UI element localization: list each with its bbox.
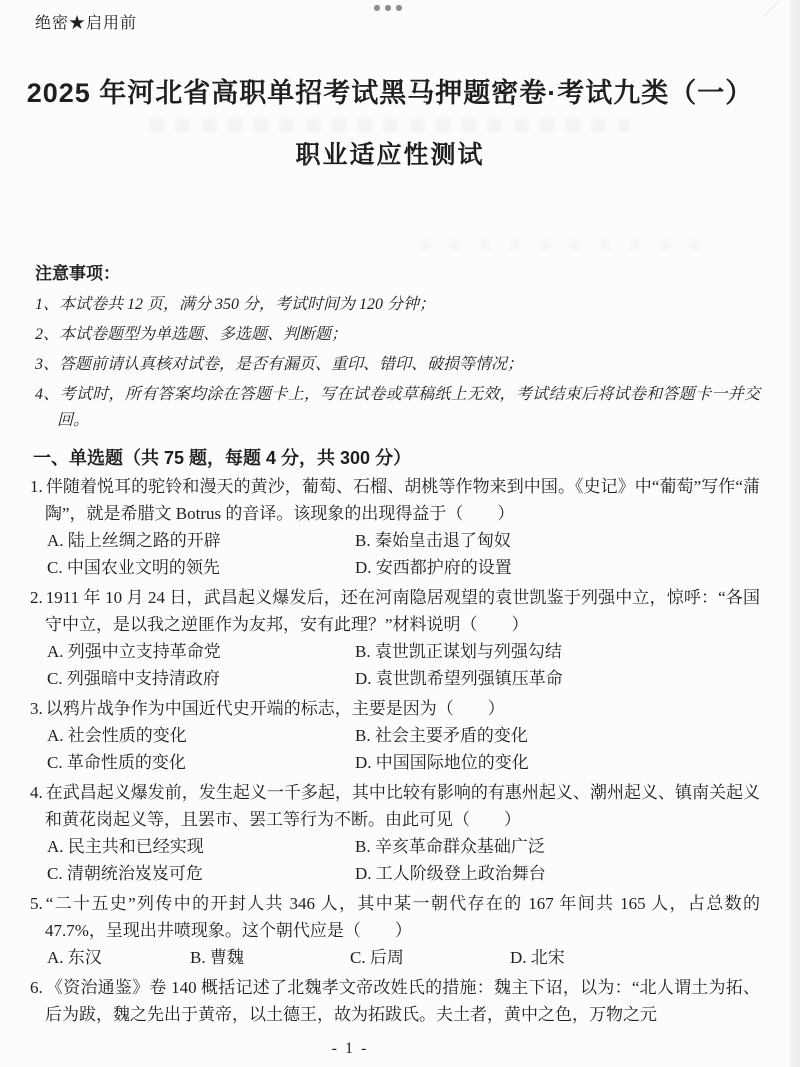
option-b: B. 曹魏 bbox=[190, 944, 350, 971]
question-options: A. 陆上丝绸之路的开辟 B. 秦始皇击退了匈奴 C. 中国农业文明的领先 D.… bbox=[30, 527, 760, 581]
page-number: - 1 - bbox=[0, 1040, 740, 1058]
option-c: C. 后周 bbox=[350, 944, 510, 971]
question-1: 1.伴随着悦耳的驼铃和漫天的黄沙，葡萄、石榴、胡桃等作物来到中国。《史记》中“葡… bbox=[30, 473, 760, 581]
question-number: 5. bbox=[30, 894, 43, 913]
option-c: C. 中国农业文明的领先 bbox=[47, 554, 355, 581]
ellipsis-dots-icon: ●●● bbox=[0, 3, 780, 12]
option-a: A. 列强中立支持革命党 bbox=[47, 638, 355, 665]
option-d: D. 北宋 bbox=[510, 944, 760, 971]
question-number: 2. bbox=[30, 588, 43, 607]
page-edge-shadow bbox=[790, 0, 800, 1067]
option-d: D. 中国国际地位的变化 bbox=[355, 749, 760, 776]
question-6: 6.《资治通鉴》卷 140 概括记述了北魏孝文帝改姓氏的措施：魏主下诏，以为：“… bbox=[30, 974, 760, 1028]
notice-section: 注意事项： 1、本试卷共 12 页，满分 350 分，考试时间为 120 分钟；… bbox=[35, 259, 760, 438]
question-text: 4.在武昌起义爆发前，发生起义一千多起，其中比较有影响的有惠州起义、潮州起义、镇… bbox=[30, 779, 760, 833]
option-b: B. 辛亥革命群众基础广泛 bbox=[355, 833, 760, 860]
paper-subtitle: 职业适应性测试 bbox=[0, 135, 780, 171]
question-options: A. 社会性质的变化 B. 社会主要矛盾的变化 C. 革命性质的变化 D. 中国… bbox=[30, 722, 760, 776]
question-number: 3. bbox=[30, 699, 43, 718]
exam-paper-page: 绝密★启用前 ●●● 2025 年河北省高职单招考试黑马押题密卷·考试九类（一）… bbox=[0, 0, 800, 1067]
question-body: 以鸦片战争作为中国近代史开端的标志，主要是因为（ ） bbox=[46, 699, 505, 718]
question-body: 在武昌起义爆发前，发生起义一千多起，其中比较有影响的有惠州起义、潮州起义、镇南关… bbox=[45, 783, 760, 829]
question-text: 1.伴随着悦耳的驼铃和漫天的黄沙，葡萄、石榴、胡桃等作物来到中国。《史记》中“葡… bbox=[30, 473, 760, 527]
option-d: D. 安西都护府的设置 bbox=[355, 554, 760, 581]
option-b: B. 秦始皇击退了匈奴 bbox=[355, 527, 760, 554]
question-number: 1. bbox=[30, 477, 43, 496]
notice-item-1: 1、本试卷共 12 页，满分 350 分，考试时间为 120 分钟； bbox=[35, 292, 760, 318]
question-body: “二十五史”列传中的开封人共 346 人，其中某一朝代存在的 167 年间共 1… bbox=[45, 894, 760, 940]
question-options: A. 东汉 B. 曹魏 C. 后周 D. 北宋 bbox=[30, 944, 760, 971]
paper-title: 2025 年河北省高职单招考试黑马押题密卷·考试九类（一） bbox=[0, 71, 780, 110]
question-2: 2.1911 年 10 月 24 日，武昌起义爆发后，还在河南隐居观望的袁世凯鉴… bbox=[30, 584, 760, 692]
notice-item-3: 3、答题前请认真核对试卷，是否有漏页、重印、错印、破损等情况； bbox=[35, 352, 760, 378]
question-3: 3.以鸦片战争作为中国近代史开端的标志，主要是因为（ ） A. 社会性质的变化 … bbox=[30, 695, 760, 776]
questions-list: 1.伴随着悦耳的驼铃和漫天的黄沙，葡萄、石榴、胡桃等作物来到中国。《史记》中“葡… bbox=[30, 473, 760, 1031]
classification-label: 绝密★启用前 bbox=[35, 10, 137, 33]
question-number: 6. bbox=[30, 978, 43, 997]
question-options: A. 列强中立支持革命党 B. 袁世凯正谋划与列强勾结 C. 列强暗中支持清政府… bbox=[30, 638, 760, 692]
option-b: B. 袁世凯正谋划与列强勾结 bbox=[355, 638, 760, 665]
question-text: 5.“二十五史”列传中的开封人共 346 人，其中某一朝代存在的 167 年间共… bbox=[30, 890, 760, 944]
section-heading: 一、单选题（共 75 题，每题 4 分，共 300 分） bbox=[33, 444, 411, 470]
option-c: C. 列强暗中支持清政府 bbox=[47, 665, 355, 692]
notice-heading: 注意事项： bbox=[35, 259, 760, 284]
question-body: 1911 年 10 月 24 日，武昌起义爆发后，还在河南隐居观望的袁世凯鉴于列… bbox=[45, 588, 760, 634]
question-body: 伴随着悦耳的驼铃和漫天的黄沙，葡萄、石榴、胡桃等作物来到中国。《史记》中“葡萄”… bbox=[45, 477, 760, 523]
print-through-smudge bbox=[150, 118, 630, 132]
notice-item-2: 2、本试卷题型为单选题、多选题、判断题； bbox=[35, 322, 760, 348]
option-a: A. 社会性质的变化 bbox=[47, 722, 355, 749]
option-c: C. 革命性质的变化 bbox=[47, 749, 355, 776]
option-b: B. 社会主要矛盾的变化 bbox=[355, 722, 760, 749]
option-a: A. 东汉 bbox=[47, 944, 190, 971]
option-d: D. 袁世凯希望列强镇压革命 bbox=[355, 665, 760, 692]
option-c: C. 清朝统治岌岌可危 bbox=[47, 860, 355, 887]
question-text: 2.1911 年 10 月 24 日，武昌起义爆发后，还在河南隐居观望的袁世凯鉴… bbox=[30, 584, 760, 638]
question-text: 6.《资治通鉴》卷 140 概括记述了北魏孝文帝改姓氏的措施：魏主下诏，以为：“… bbox=[30, 974, 760, 1028]
question-options: A. 民主共和已经实现 B. 辛亥革命群众基础广泛 C. 清朝统治岌岌可危 D.… bbox=[30, 833, 760, 887]
question-5: 5.“二十五史”列传中的开封人共 346 人，其中某一朝代存在的 167 年间共… bbox=[30, 890, 760, 971]
print-through-smudge bbox=[420, 240, 720, 250]
notice-item-4: 4、考试时，所有答案均涂在答题卡上，写在试卷或草稿纸上无效，考试结束后将试卷和答… bbox=[35, 382, 760, 434]
option-d: D. 工人阶级登上政治舞台 bbox=[355, 860, 760, 887]
question-4: 4.在武昌起义爆发前，发生起义一千多起，其中比较有影响的有惠州起义、潮州起义、镇… bbox=[30, 779, 760, 887]
question-body: 《资治通鉴》卷 140 概括记述了北魏孝文帝改姓氏的措施：魏主下诏，以为：“北人… bbox=[45, 978, 760, 1024]
option-a: A. 民主共和已经实现 bbox=[47, 833, 355, 860]
question-text: 3.以鸦片战争作为中国近代史开端的标志，主要是因为（ ） bbox=[30, 695, 760, 722]
question-number: 4. bbox=[30, 783, 43, 802]
option-a: A. 陆上丝绸之路的开辟 bbox=[47, 527, 355, 554]
